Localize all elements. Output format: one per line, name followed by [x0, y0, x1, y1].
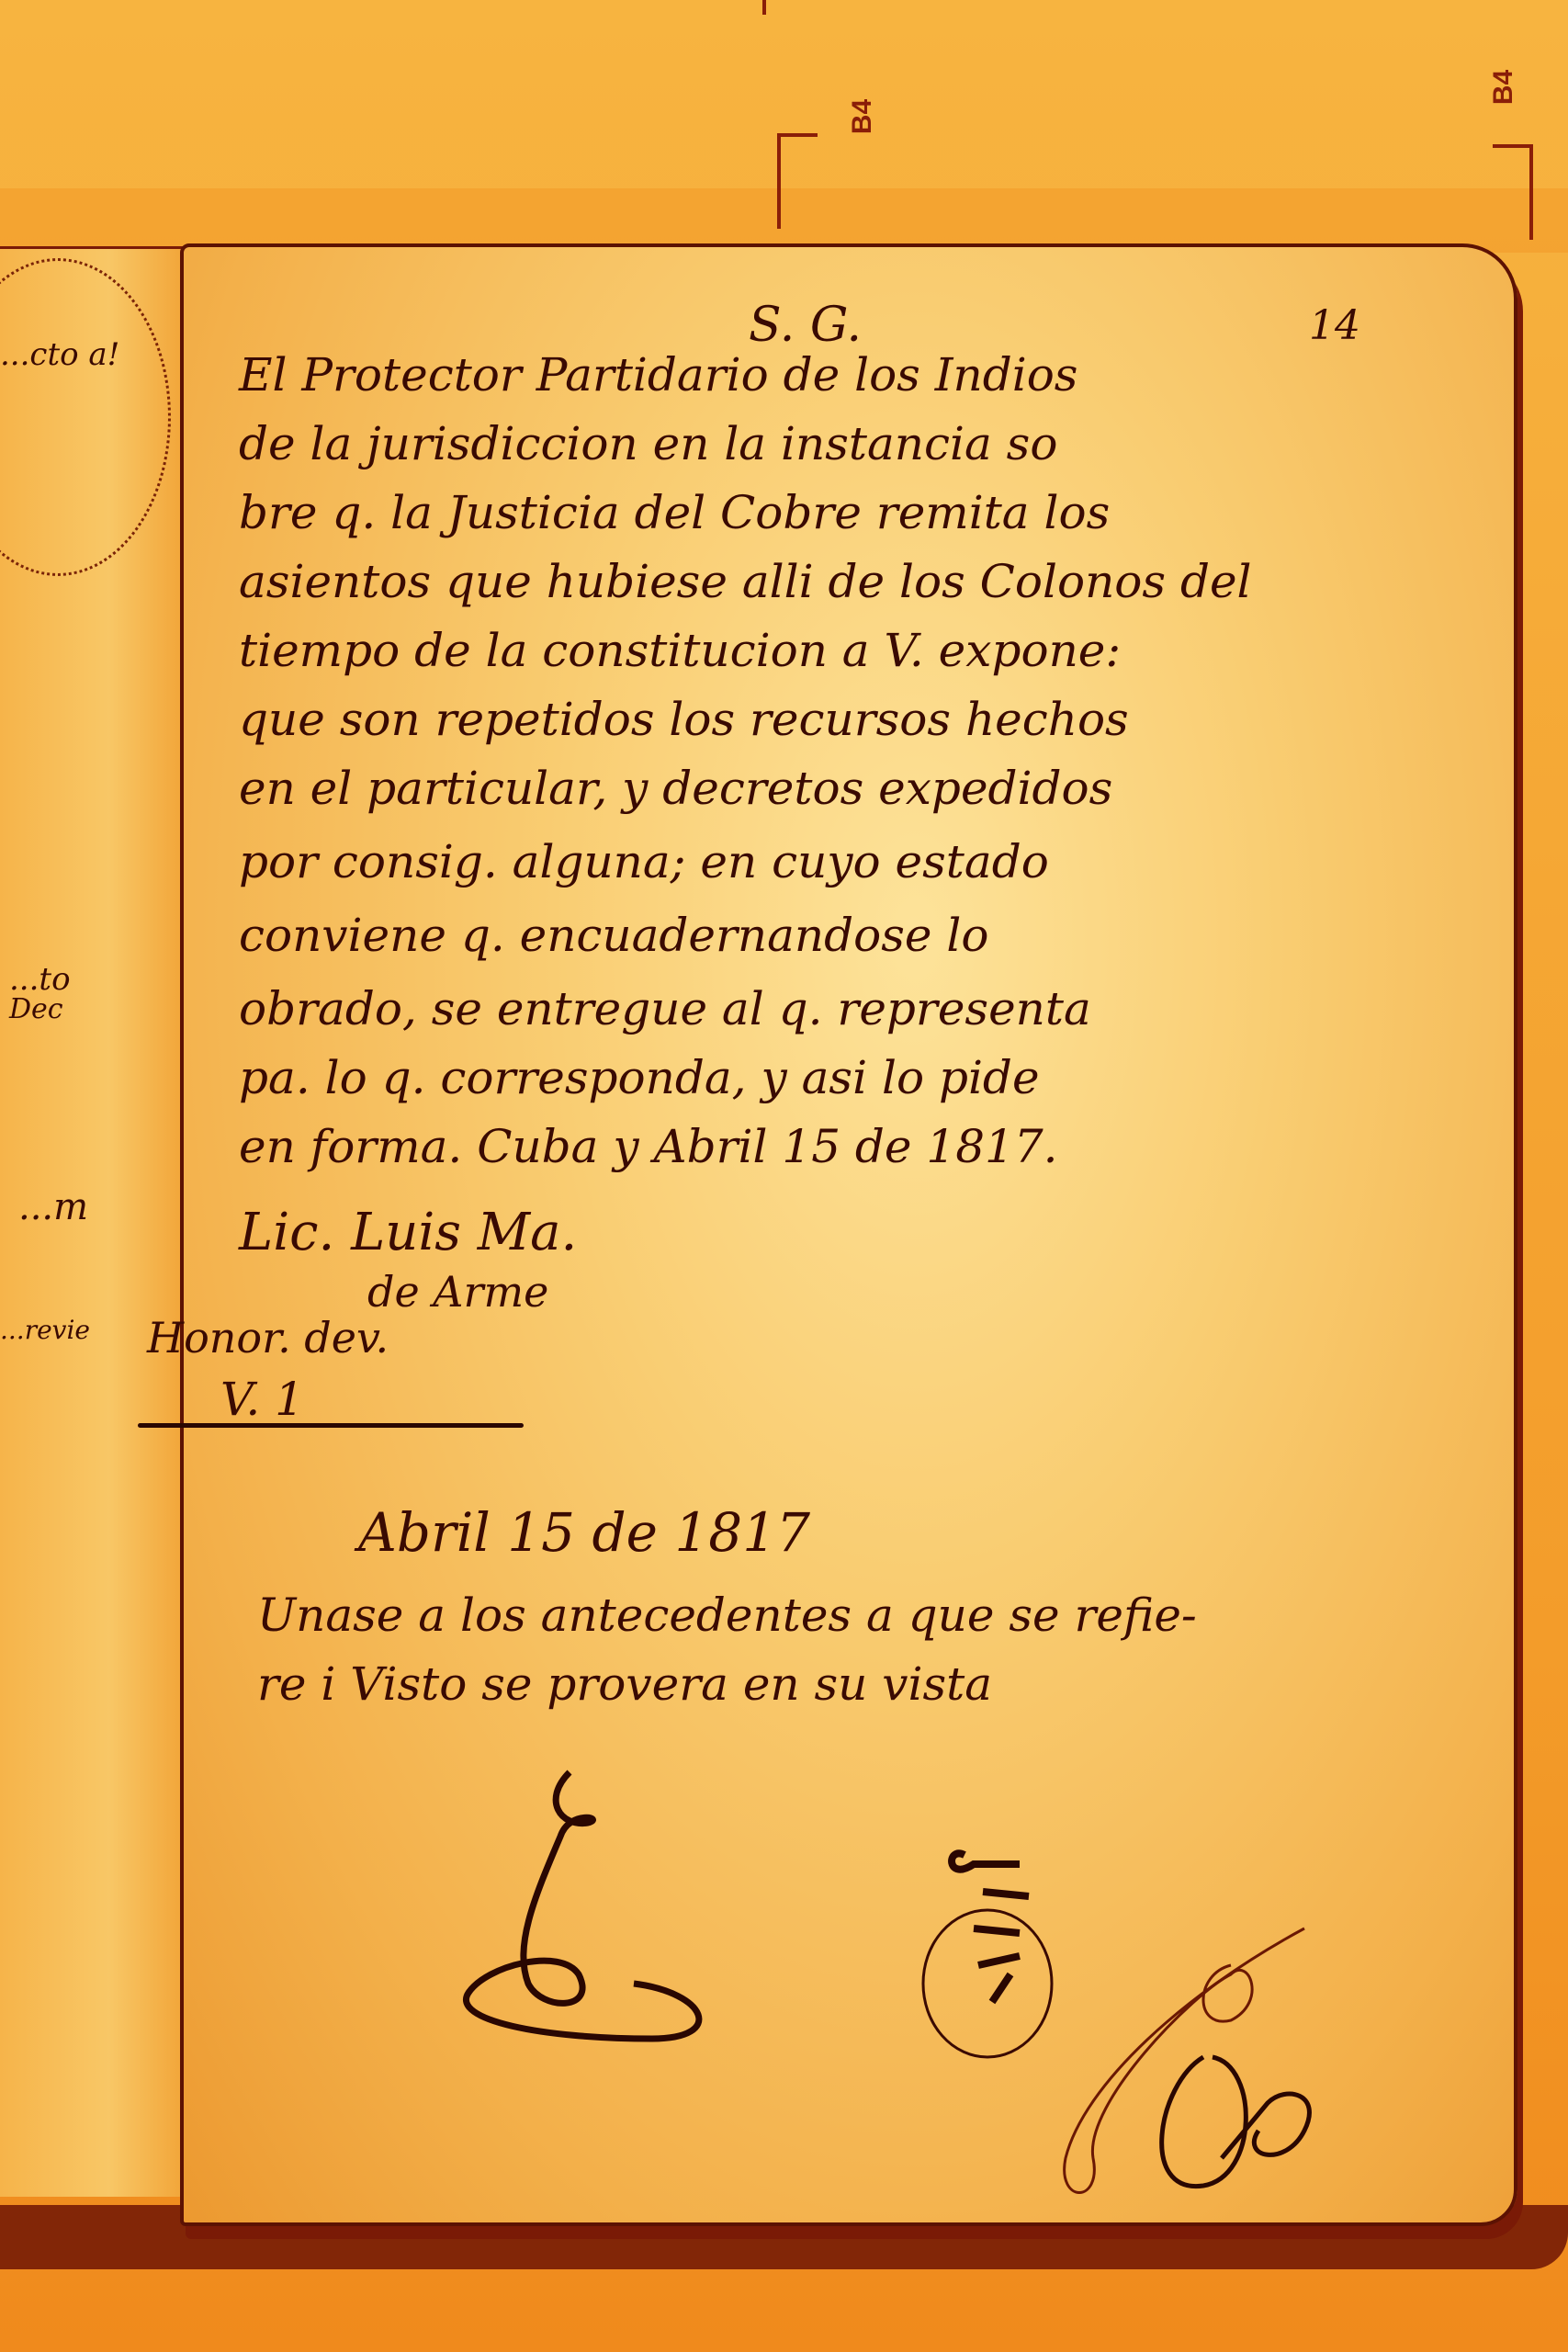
- body-line: asientos que hubiese alli de los Colonos…: [239, 555, 1252, 608]
- left-fragment: ...cto a!: [0, 336, 119, 373]
- body-line: por consig. alguna; en cuyo estado: [239, 835, 1049, 888]
- manuscript-page: S. G. 14 El Protector Partidario de los …: [180, 243, 1517, 2226]
- seal-stamp-icon: [0, 258, 171, 576]
- heading: S. G.: [749, 298, 862, 353]
- fee-amount: V. 1: [220, 1373, 304, 1426]
- folio-number: 14: [1309, 302, 1360, 349]
- body-line: obrado, se entregue al q. representa: [239, 982, 1091, 1035]
- rubric-signature-icon: [955, 1919, 1396, 2222]
- left-fragment: ...m: [18, 1186, 88, 1228]
- left-fragment: ...to: [9, 961, 71, 998]
- second-signature: de Arme: [367, 1267, 548, 1317]
- body-line: pa. lo q. corresponda, y asi lo pide: [239, 1051, 1040, 1104]
- fee-note: Honor. dev.: [147, 1313, 389, 1363]
- rubric-signature-icon: [432, 1763, 781, 2057]
- body-line: tiempo de la constitucion a V. expone:: [239, 624, 1121, 677]
- crop-label-left: B4: [847, 99, 878, 134]
- crop-label-right: B4: [1488, 70, 1519, 105]
- underline-rule: [138, 1423, 524, 1428]
- left-fragment: Dec: [9, 993, 63, 1025]
- body-line: en forma. Cuba y Abril 15 de 1817.: [239, 1120, 1058, 1173]
- crop-mark-left: [777, 133, 818, 229]
- body-line: bre q. la Justicia del Cobre remita los: [239, 486, 1110, 539]
- body-line: conviene q. encuadernandose lo: [239, 909, 988, 962]
- decree-line: re i Visto se provera en su vista: [257, 1657, 992, 1711]
- body-line: en el particular, y decretos expedidos: [239, 762, 1112, 815]
- body-line: que son repetidos los recursos hechos: [239, 693, 1129, 746]
- decree-line: Unase a los antecedentes a que se refie-: [257, 1589, 1197, 1642]
- crop-mark-right: [1493, 144, 1533, 240]
- left-fragment: ...revie: [0, 1315, 90, 1345]
- decree-date: Abril 15 de 1817: [358, 1501, 810, 1564]
- protector-signature: Lic. Luis Ma.: [239, 1203, 577, 1262]
- body-line: de la jurisdiccion en la instancia so: [239, 417, 1057, 470]
- crop-mark-top: [762, 0, 766, 15]
- previous-page: ...cto a! ...to Dec ...m ...revie: [0, 246, 185, 2197]
- body-line: El Protector Partidario de los Indios: [239, 348, 1077, 401]
